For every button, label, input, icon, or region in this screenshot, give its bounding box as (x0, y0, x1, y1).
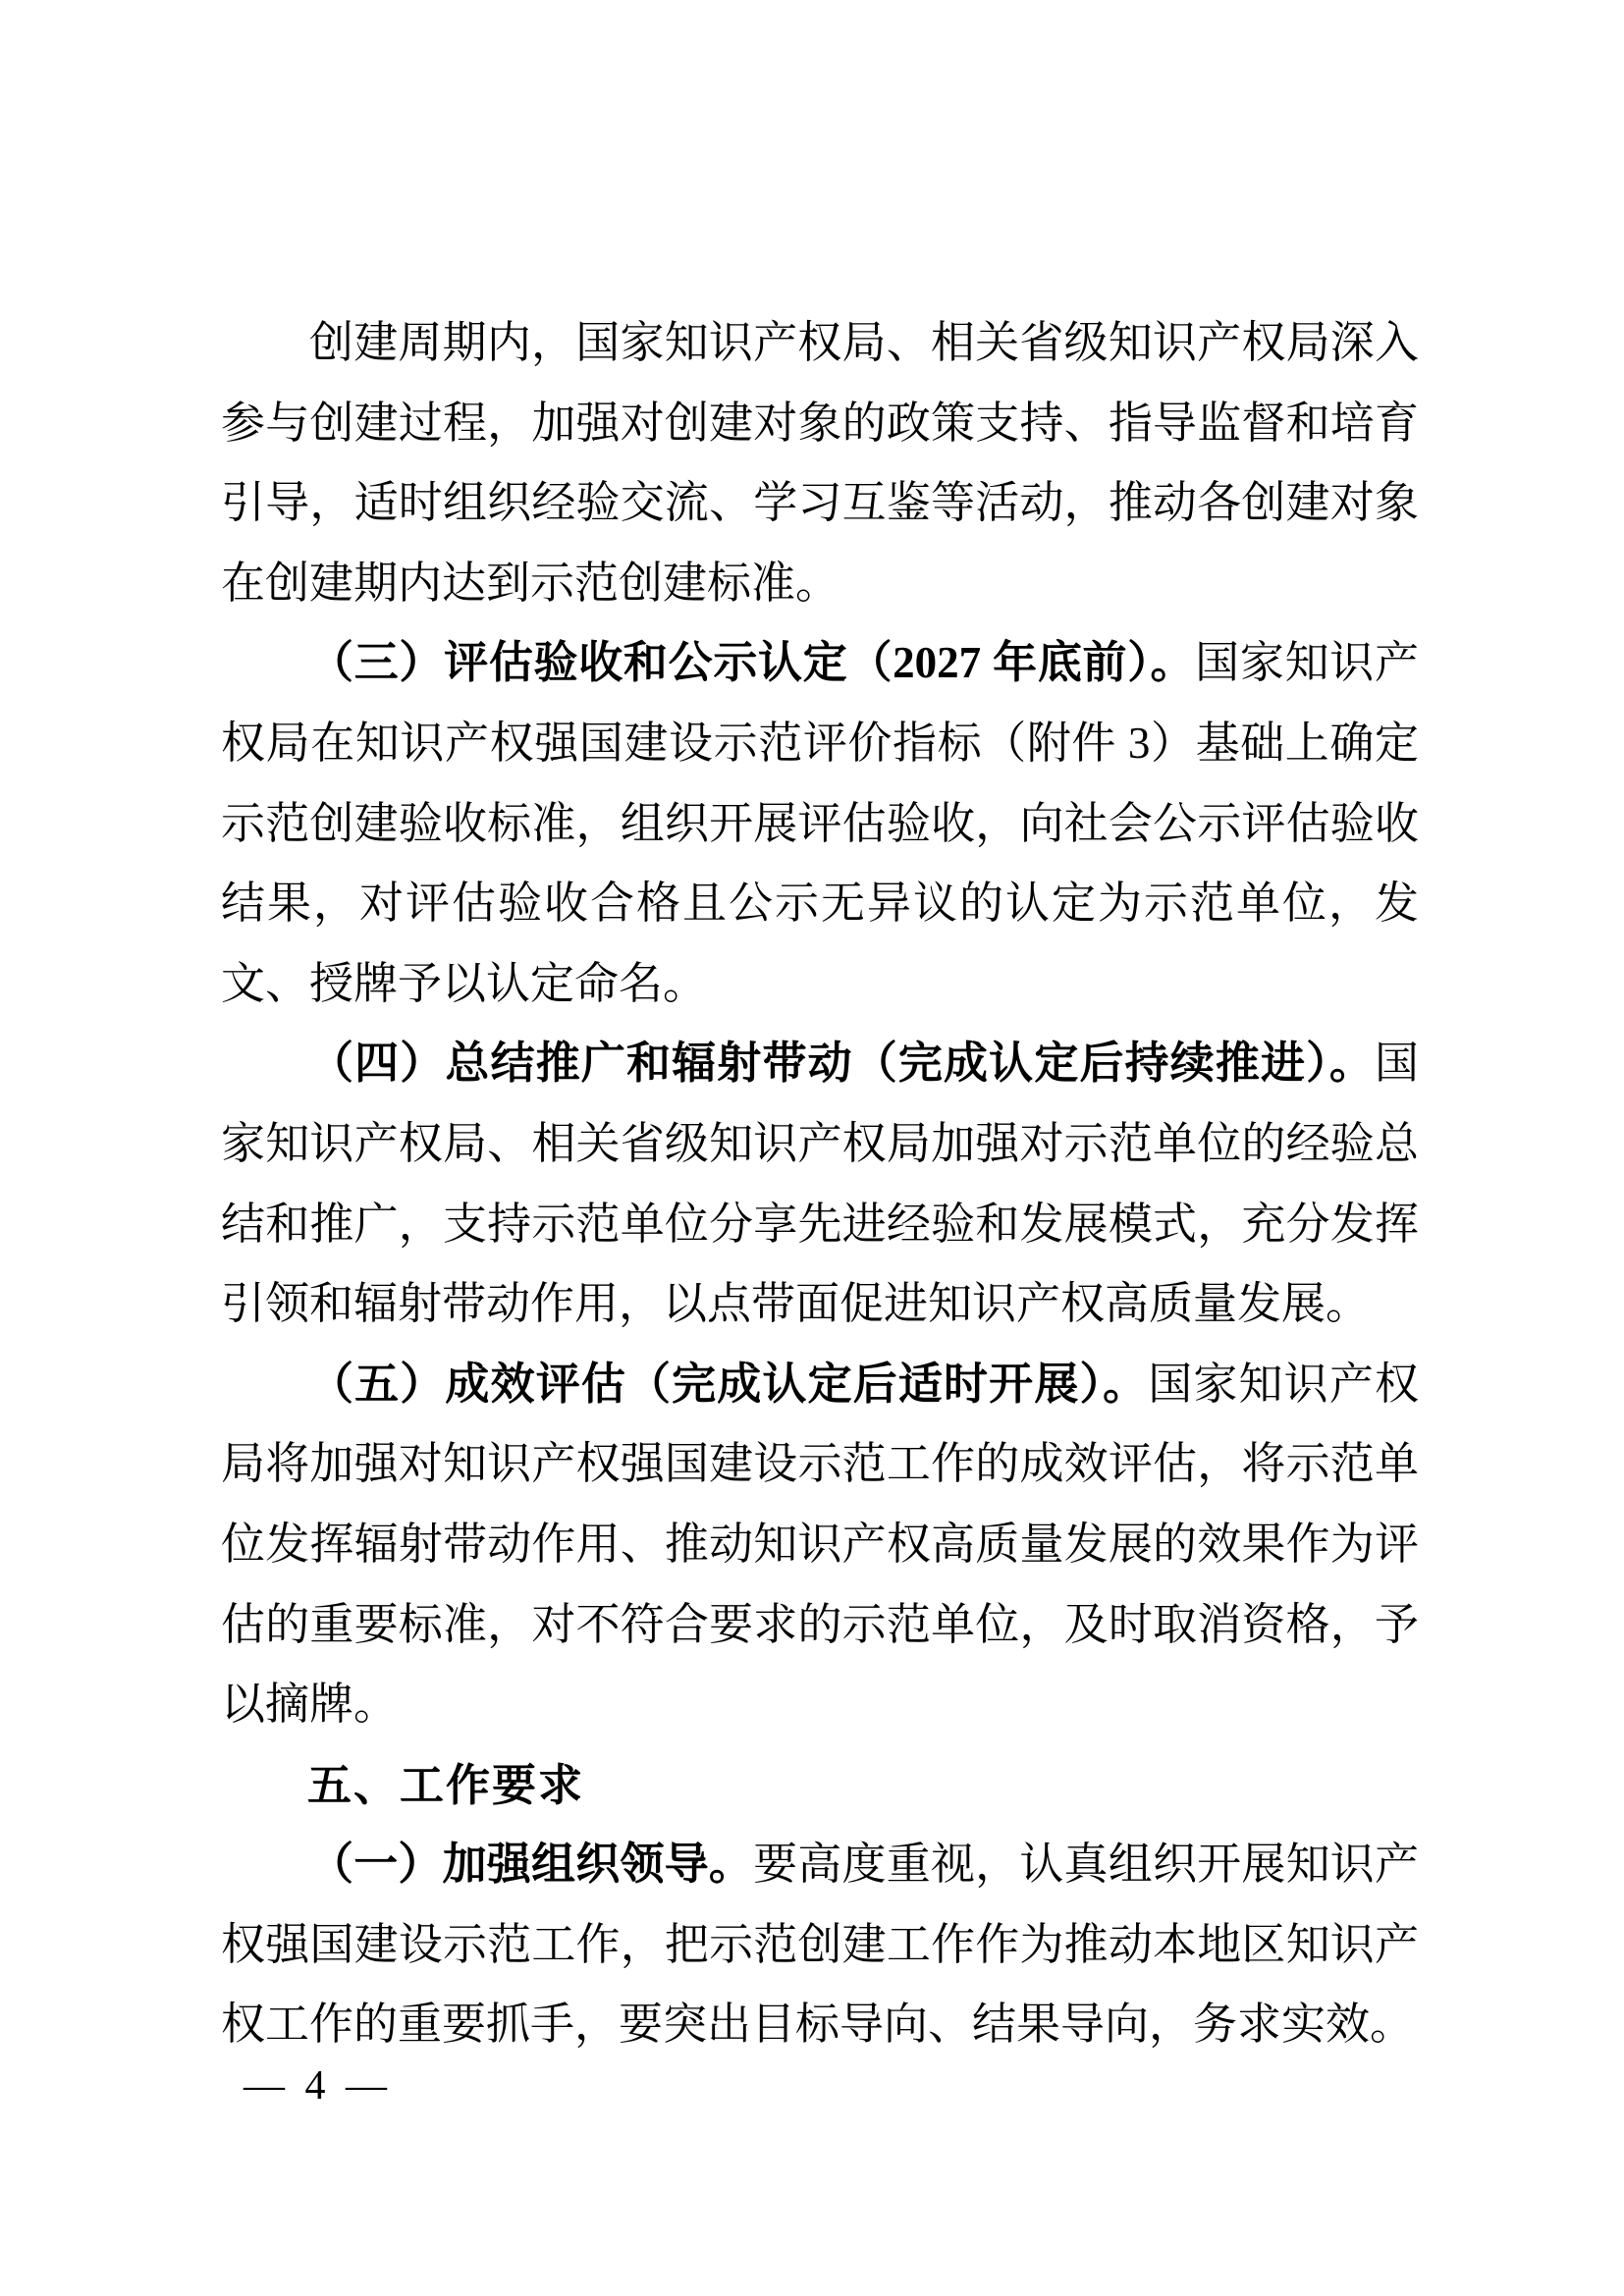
paragraph-item-5-effect-evaluation: （五）成效评估（完成认定后适时开展）。国家知识产权局将加强对知识产权强国建设示范… (221, 1345, 1419, 1745)
paragraph-item-4-summary-promotion: （四）总结推广和辐射带动（完成认定后持续推进）。国家知识产权局、相关省级知识产权… (221, 1024, 1419, 1344)
paragraph-lead: （五）成效评估（完成认定后适时开展）。 (309, 1360, 1148, 1409)
document-body: 创建周期内，国家知识产权局、相关省级知识产权局深入参与创建过程，加强对创建对象的… (221, 303, 1419, 2065)
paragraph-item-3-evaluation-acceptance: （三）评估验收和公示认定（2027 年底前）。国家知识产权局在知识产权强国建设示… (221, 623, 1419, 1024)
paragraph-lead: （一）加强组织领导。 (309, 1840, 753, 1889)
section-heading-work-requirements: 五、工作要求 (221, 1745, 1419, 1826)
paragraph-text: 创建周期内，国家知识产权局、相关省级知识产权局深入参与创建过程，加强对创建对象的… (221, 318, 1419, 608)
paragraph-item-1-strengthen-leadership: （一）加强组织领导。要高度重视，认真组织开展知识产权强国建设示范工作，把示范创建… (221, 1825, 1419, 2065)
document-page: 创建周期内，国家知识产权局、相关省级知识产权局深入参与创建过程，加强对创建对象的… (0, 0, 1624, 2296)
paragraph-text: 国家知识产权局在知识产权强国建设示范评价指标（附件 3）基础上确定示范创建验收标… (221, 638, 1419, 1007)
paragraph-lead: （三）评估验收和公示认定（2027 年底前）。 (309, 638, 1195, 687)
paragraph-creation-period: 创建周期内，国家知识产权局、相关省级知识产权局深入参与创建过程，加强对创建对象的… (221, 303, 1419, 623)
page-number: — 4 — (244, 2061, 392, 2110)
paragraph-text: 国家知识产权局将加强对知识产权强国建设示范工作的成效评估，将示范单位发挥辐射带动… (221, 1360, 1419, 1729)
paragraph-lead: （四）总结推广和辐射带动（完成认定后持续推进）。 (309, 1039, 1375, 1088)
